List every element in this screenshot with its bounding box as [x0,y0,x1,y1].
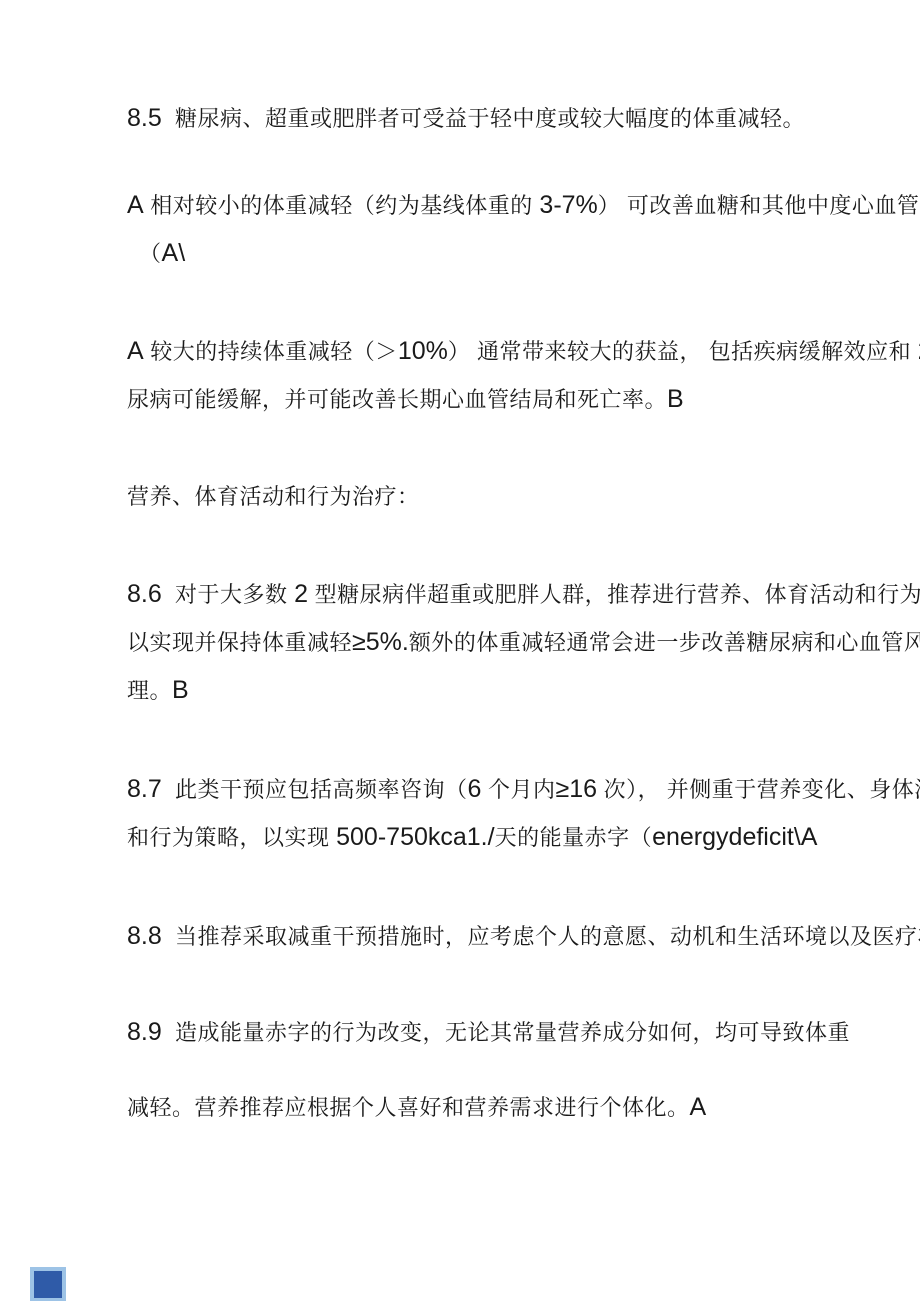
text-line: 8.7 此类干预应包括高频率咨询（6 个月内≥16 次）， 并侧重于营养变化、身… [127,765,920,813]
text-line: A 相对较小的体重减轻（约为基线体重的 3-7%） 可改善血糖和其他中度心血管风… [127,181,920,229]
text-line: 以实现并保持体重减轻≥5%.额外的体重减轻通常会进一步改善糖尿病和心血管风险的管 [127,618,920,666]
recommendation-8-7: 8.7 此类干预应包括高频率咨询（6 个月内≥16 次）， 并侧重于营养变化、身… [127,765,920,861]
object-placeholder-square [30,1267,66,1301]
text-line: （A\ [127,229,920,277]
text-line: 8.5 糖尿病、超重或肥胖者可受益于轻中度或较大幅度的体重减轻。 [127,94,920,142]
recommendation-8-6: 8.6 对于大多数 2 型糖尿病伴超重或肥胖人群，推荐进行营养、体育活动和行为治… [127,570,920,714]
recommendation-8-8: 8.8 当推荐采取减重干预措施时，应考虑个人的意愿、动机和生活环境以及医疗状况。… [127,912,920,960]
evidence-small-weight-loss: A 相对较小的体重减轻（约为基线体重的 3-7%） 可改善血糖和其他中度心血管风… [127,181,920,277]
text-line: 理。B [127,666,920,714]
text-line: 减轻。营养推荐应根据个人喜好和营养需求进行个体化。A [127,1083,920,1131]
recommendation-8-9-continued: 减轻。营养推荐应根据个人喜好和营养需求进行个体化。A [127,1083,920,1131]
text-line: 尿病可能缓解，并可能改善长期心血管结局和死亡率。B [127,375,920,423]
document-body: 8.5 糖尿病、超重或肥胖者可受益于轻中度或较大幅度的体重减轻。 A 相对较小的… [0,0,920,1131]
evidence-large-weight-loss: A 较大的持续体重减轻（＞10%） 通常带来较大的获益， 包括疾病缓解效应和 2… [127,327,920,423]
section-heading: 营养、体育活动和行为治疗： [127,473,920,521]
text-line: 8.6 对于大多数 2 型糖尿病伴超重或肥胖人群，推荐进行营养、体育活动和行为治… [127,570,920,618]
text-line: 8.8 当推荐采取减重干预措施时，应考虑个人的意愿、动机和生活环境以及医疗状况。… [127,912,920,960]
section-heading-nutrition-activity-behavior: 营养、体育活动和行为治疗： [127,473,920,521]
recommendation-8-9: 8.9 造成能量赤字的行为改变，无论其常量营养成分如何，均可导致体重 [127,1008,920,1056]
document-page: 8.5 糖尿病、超重或肥胖者可受益于轻中度或较大幅度的体重减轻。 A 相对较小的… [0,0,920,1301]
text-line: 和行为策略，以实现 500-750kca1./天的能量赤字（energydefi… [127,813,920,861]
recommendation-8-5: 8.5 糖尿病、超重或肥胖者可受益于轻中度或较大幅度的体重减轻。 [127,94,920,142]
text-line: A 较大的持续体重减轻（＞10%） 通常带来较大的获益， 包括疾病缓解效应和 2… [127,327,920,375]
text-line: 8.9 造成能量赤字的行为改变，无论其常量营养成分如何，均可导致体重 [127,1008,920,1056]
